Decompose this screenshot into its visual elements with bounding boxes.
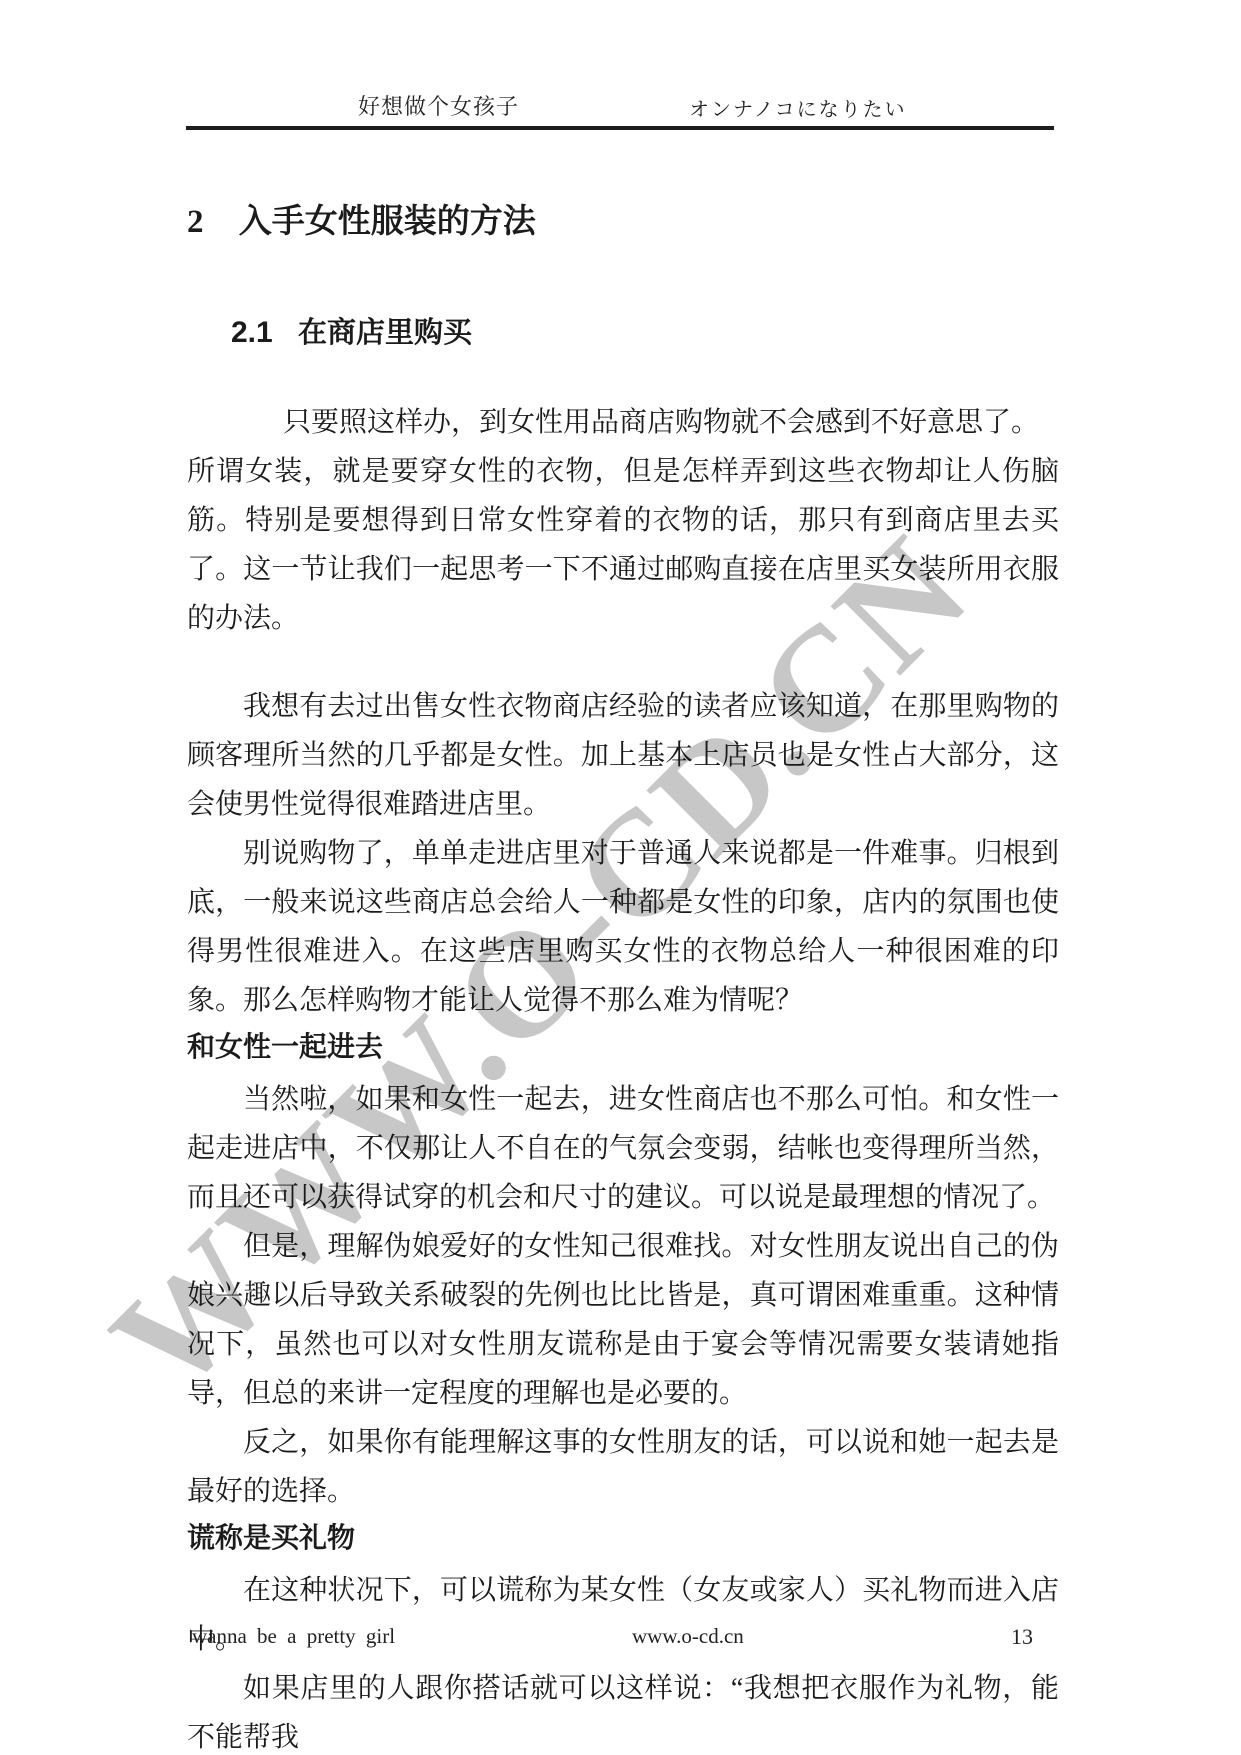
section-title: 入手女性服装的方法: [239, 204, 536, 240]
header-rule: [186, 126, 1054, 130]
body-paragraph: 当然啦，如果和女性一起去，进女性商店也不那么可怕。和女性一起走进店中，不仅那让人…: [187, 1075, 1059, 1222]
body-paragraph: 我想有去过出售女性衣物商店经验的读者应该知道，在那里购物的顾客理所当然的几乎都是…: [187, 682, 1059, 829]
body-paragraph: 但是，理解伪娘爱好的女性知己很难找。对女性朋友说出自己的伪娘兴趣以后导致关系破裂…: [187, 1222, 1059, 1418]
footer-page-number: 13: [1005, 1624, 1033, 1650]
footer-site-url: www.o-cd.cn: [632, 1624, 744, 1649]
body-paragraph: 别说购物了，单单走进店里对于普通人来说都是一件难事。归根到底，一般来说这些商店总…: [187, 829, 1059, 1025]
subsection-number: 2.1: [231, 315, 273, 351]
header-left-title: 好想做个女孩子: [358, 90, 519, 121]
intro-lead-line: 只要照这样办，到女性用品商店购物就不会感到不好意思了。: [187, 398, 1059, 447]
section-heading: 2 入手女性服装的方法: [187, 204, 1059, 240]
run-in-subheading: 谎称是买礼物: [187, 1516, 1059, 1560]
body-paragraph: 反之，如果你有能理解这事的女性朋友的话，可以说和她一起去是最好的选择。: [187, 1418, 1059, 1516]
subsection-heading: 2.1 在商店里购买: [231, 315, 1059, 351]
intro-paragraph: 所谓女装，就是要穿女性的衣物，但是怎样弄到这些衣物却让人伤脑筋。特别是要想得到日…: [187, 447, 1059, 643]
body-text: 只要照这样办，到女性用品商店购物就不会感到不好意思了。所谓女装，就是要穿女性的衣…: [187, 398, 1059, 1755]
footer-left-text: wanna be a pretty girl: [192, 1624, 395, 1649]
run-in-subheading: 和女性一起进去: [187, 1025, 1059, 1069]
page-content: 2 入手女性服装的方法 2.1 在商店里购买 只要照这样办，到女性用品商店购物就…: [187, 204, 1059, 1755]
section-number: 2: [187, 204, 204, 240]
page-footer: wanna be a pretty girl www.o-cd.cn 13: [0, 1624, 1241, 1654]
header-right-title: オンナノコになりたい: [689, 93, 907, 122]
subsection-title: 在商店里购买: [298, 317, 472, 349]
body-paragraph: 如果店里的人跟你搭话就可以这样说：“我想把衣服作为礼物，能不能帮我: [187, 1664, 1059, 1755]
document-page: 好想做个女孩子 オンナノコになりたい WWW.O-CD.CN 2 入手女性服装的…: [0, 0, 1241, 1755]
